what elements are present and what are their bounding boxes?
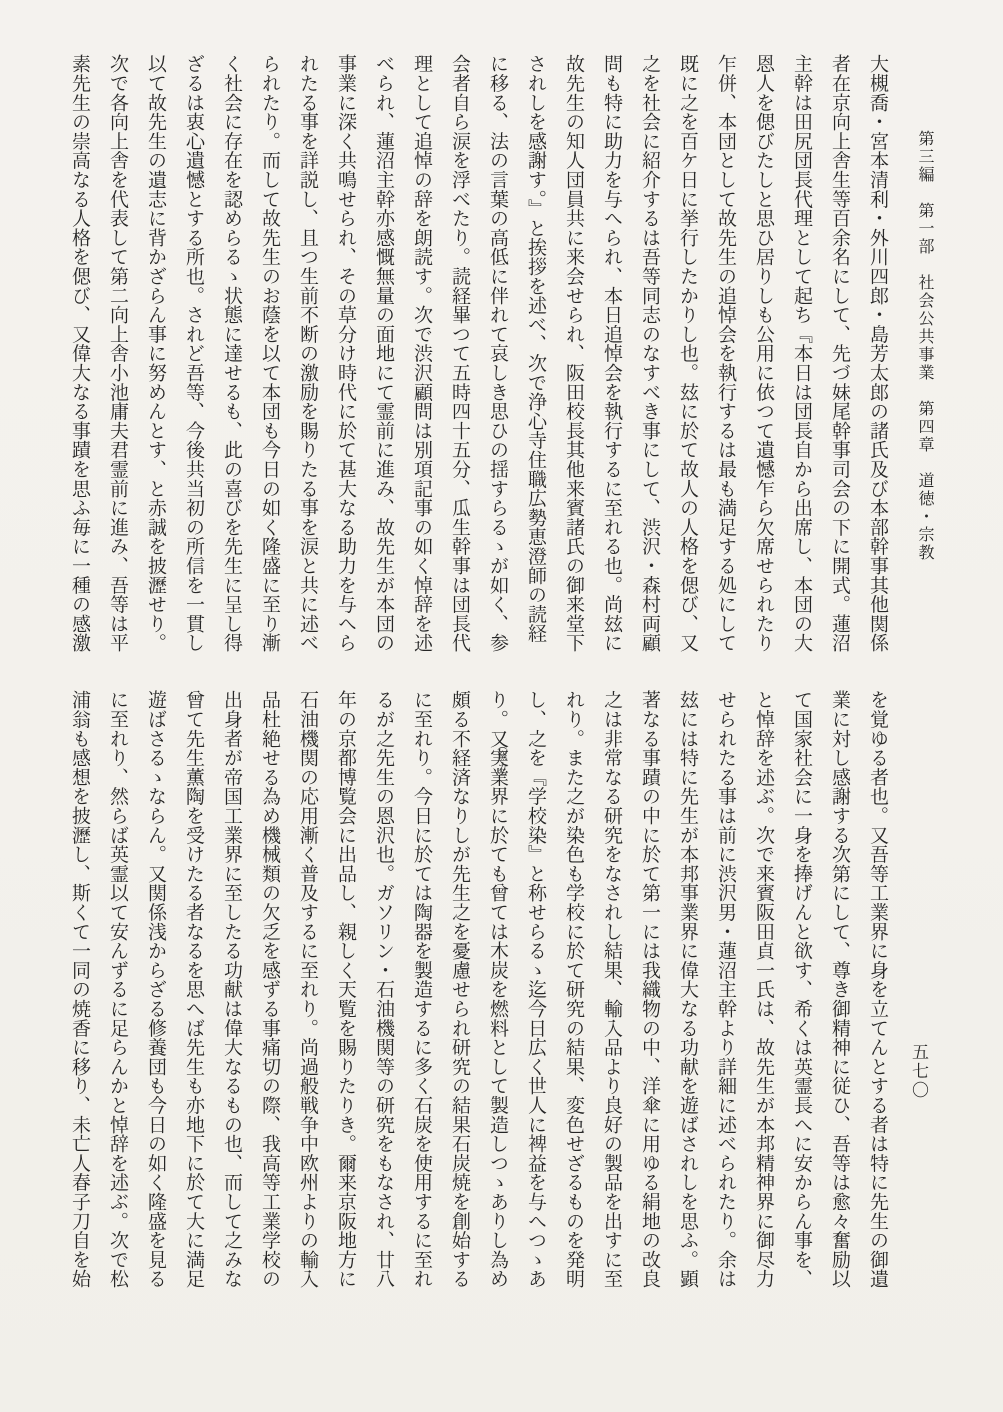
text-column: 遊ばさるゝならん。又関係浅からざる修養団も今日の如く隆盛を見る bbox=[137, 690, 175, 1298]
text-column: 問も特に助力を与へられ、本日追悼会を執行するに至れる也。尚玆に bbox=[593, 54, 631, 662]
text-column: 頗る不経済なりしが先生之を憂慮せられ研究の結果石炭焼を創始する bbox=[441, 690, 479, 1298]
side-note-annotation: （窯カ） bbox=[496, 740, 508, 782]
text-column: 次で各向上舎を代表して第二向上舎小池庸夫君霊前に進み、吾等は平 bbox=[99, 54, 137, 662]
text-column: 著なる事蹟の中に於て第一には我織物の中、洋傘に用ゆる絹地の改良 bbox=[631, 690, 669, 1298]
text-column: せられたる事は前に渋沢男・蓮沼主幹より詳細に述べられたり。余は bbox=[707, 690, 745, 1298]
text-column: ざるは衷心遺憾とする所也。されど吾等、今後共当初の所信を一貫し bbox=[175, 54, 213, 662]
text-column: 乍併、本団として故先生の追悼会を執行するは最も満足する処にして bbox=[707, 54, 745, 662]
text-column: られたり。而して故先生のお蔭を以て本団も今日の如く隆盛に至り漸 bbox=[251, 54, 289, 662]
text-column: 以て故先生の遺志に背かざらん事に努めんとす、と赤誠を披瀝せり。 bbox=[137, 54, 175, 662]
text-column: く社会に存在を認めらるゝ状態に達せるも、此の喜びを先生に呈し得 bbox=[213, 54, 251, 662]
text-column: に至れり、然らば英霊以て安んずるに足らんかと悼辞を述ぶ。次で松 bbox=[99, 690, 137, 1298]
text-column: 之は非常なる研究をなされし結果、輸入品より良好の製品を出すに至 bbox=[593, 690, 631, 1298]
text-column: れたる事を詳説し、且つ生前不断の激励を賜りたる事を涙と共に述べ bbox=[289, 54, 327, 662]
text-column: 年の京都博覧会に出品し、親しく天覧を賜りたりき。爾来京阪地方に bbox=[327, 690, 365, 1298]
text-column: 事業に深く共鳴せられ、その草分け時代に於て甚大なる助力を与へら bbox=[327, 54, 365, 662]
text-column: 出身者が帝国工業界に至したる功献は偉大なるもの也、而して之みな bbox=[213, 690, 251, 1298]
text-column: を覚ゆる者也。又吾等工業界に身を立てんとする者は特に先生の御遺 bbox=[859, 690, 897, 1298]
text-column: 理として追悼の辞を朗読す。次で渋沢顧問は別項記事の如く悼辞を述 bbox=[403, 54, 441, 662]
chapter-header: 第三編 第一部 社会公共事業 第四章 道徳・宗教 bbox=[913, 130, 937, 562]
text-column: るが之先生の恩沢也。ガソリン・石油機関等の研究をもなされ、廿八 bbox=[365, 690, 403, 1298]
text-column: と悼辞を述ぶ。次で来賓阪田貞一氏は、故先生が本邦精神界に御尽力 bbox=[745, 690, 783, 1298]
text-column: に至れり。今日に於ては陶器を製造するに多く石炭を使用するに至れ bbox=[403, 690, 441, 1298]
text-column: に移る、法の言葉の高低に伴れて哀しき思ひの揺すらるゝが如く、参 bbox=[479, 54, 517, 662]
text-column: し、之を『学校染』と称せらるゝ迄今日広く世人に裨益を与へつゝあ bbox=[517, 690, 555, 1298]
text-column: 浦翁も感想を披瀝し、斯くて一同の焼香に移り、未亡人春子刀自を始 bbox=[61, 690, 99, 1298]
text-column: 石油機関の応用漸く普及するに至れり。尚過般戦争中欧州よりの輸入 bbox=[289, 690, 327, 1298]
text-column: 玆には特に先生が本邦事業界に偉大なる功献を遊ばされしを思ふ。顕 bbox=[669, 690, 707, 1298]
text-column: 品杜絶せる為め機械類の欠乏を感ずる事痛切の際、我高等工業学校の bbox=[251, 690, 289, 1298]
text-column: 会者自ら涙を浮べたり。読経畢つて五時四十五分、瓜生幹事は団長代 bbox=[441, 54, 479, 662]
text-column: 大槻喬・宮本清利・外川四郎・島芳太郎の諸氏及び本部幹事其他関係 bbox=[859, 54, 897, 662]
text-column: 者在京向上舎生等百余名にして、先づ妹尾幹事司会の下に開式。蓮沼 bbox=[821, 54, 859, 662]
text-column: れり。また之が染色も学校に於て研究の結果、変色せざるものを発明 bbox=[555, 690, 593, 1298]
text-column: 故先生の知人団員共に来会せられ、阪田校長其他来賓諸氏の御来堂下 bbox=[555, 54, 593, 662]
text-column: 主幹は田尻団長代理として起ち『本日は団長自から出席し、本団の大 bbox=[783, 54, 821, 662]
text-column: 既に之を百ケ日に挙行したかりし也。玆に於て故人の人格を偲び、又 bbox=[669, 54, 707, 662]
text-column: されしを感謝す。』と挨拶を述べ、次で浄心寺住職広勢恵澄師の読経 bbox=[517, 54, 555, 662]
text-column: 之を社会に紹介するは吾等同志のなすべき事にして、渋沢・森村両顧 bbox=[631, 54, 669, 662]
text-column: べられ、蓮沼主幹亦感慨無量の面地にて霊前に進み、故先生が本団の bbox=[365, 54, 403, 662]
text-block-bottom: を覚ゆる者也。又吾等工業界に身を立てんとする者は特に先生の御遺業に対し感謝する次… bbox=[61, 690, 897, 1298]
page-number: 五七〇 bbox=[906, 1043, 931, 1100]
text-column: 曾て先生薫陶を受けたる者なるを思へば先生も亦地下に於て大に満足 bbox=[175, 690, 213, 1298]
text-block-top: 大槻喬・宮本清利・外川四郎・島芳太郎の諸氏及び本部幹事其他関係者在京向上舎生等百… bbox=[61, 54, 897, 662]
text-column: 素先生の崇高なる人格を偲び、又偉大なる事蹟を思ふ毎に一種の感激 bbox=[61, 54, 99, 662]
text-column: 恩人を偲びたしと思ひ居りしも公用に依つて遺憾乍ら欠席せられたり bbox=[745, 54, 783, 662]
text-column: 業に対し感謝する次第にして、尊き御精神に従ひ、吾等は愈々奮励以 bbox=[821, 690, 859, 1298]
text-column: て国家社会に一身を捧げんと欲す、希くは英霊長へに安からん事を、 bbox=[783, 690, 821, 1298]
